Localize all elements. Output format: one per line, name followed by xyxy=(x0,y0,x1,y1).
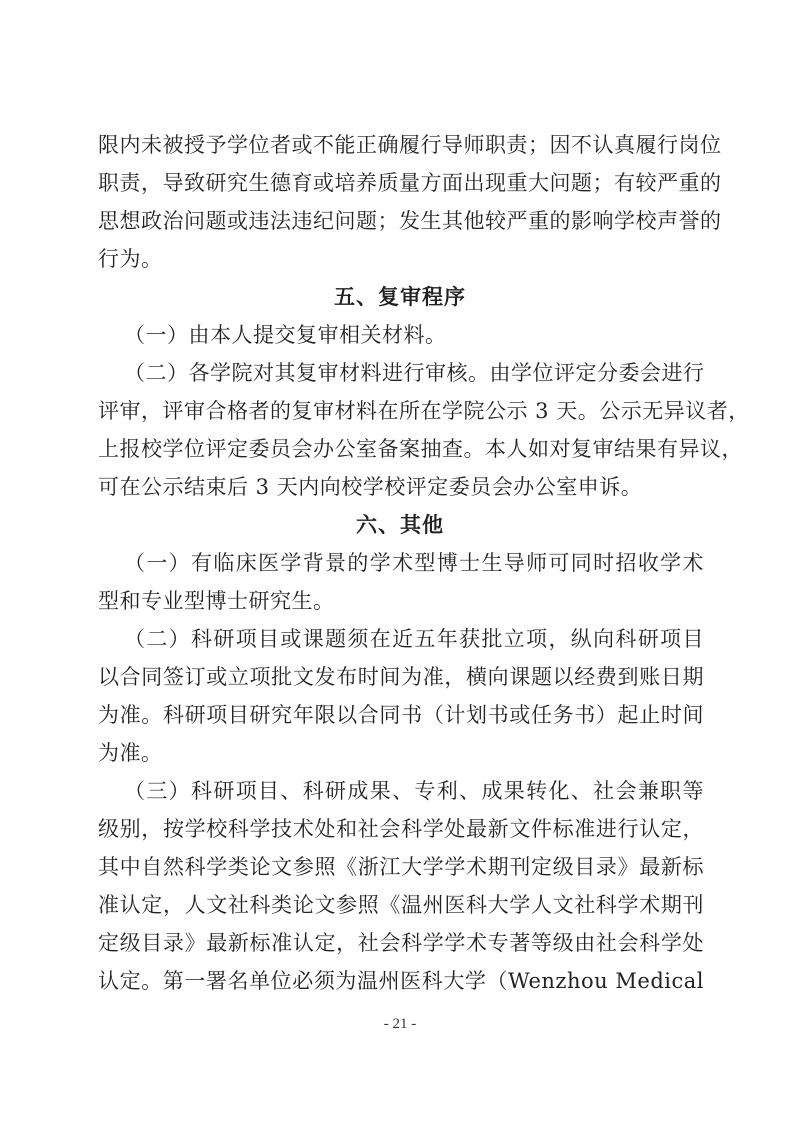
section-heading-other: 六、其他 xyxy=(0,507,800,543)
paragraph-line: （一）有临床医学背景的学术型博士生导师可同时招收学术 xyxy=(124,545,704,581)
page-number: - 21 - xyxy=(0,1016,800,1033)
paragraph-line: 为准。科研项目研究年限以合同书（计划书或任务书）起止时间 xyxy=(98,697,704,733)
paragraph-line: 以合同签订或立项批文发布时间为准，横向课题以经费到账日期 xyxy=(98,659,704,695)
paragraph-line: 定级目录》最新标准认定，社会科学学术专著等级由社会科学处 xyxy=(98,925,704,961)
paragraph-line: 限内未被授予学位者或不能正确履行导师职责；因不认真履行岗位 xyxy=(98,127,704,163)
paragraph-line: 级别，按学校科学技术处和社会科学处最新文件标准进行认定， xyxy=(98,811,704,847)
section-heading-review-procedure: 五、复审程序 xyxy=(0,279,800,315)
paragraph-line: 认定。第一署名单位必须为温州医科大学（Wenzhou Medical xyxy=(98,963,704,999)
paragraph-line: 准认定，人文社科类论文参照《温州医科大学人文社科学术期刊 xyxy=(98,887,704,923)
paragraph-line: 思想政治问题或违法违纪问题；发生其他较严重的影响学校声誉的 xyxy=(98,203,704,239)
paragraph-line: 型和专业型博士研究生。 xyxy=(98,583,704,619)
paragraph-line: （二）科研项目或课题须在近五年获批立项，纵向科研项目 xyxy=(124,621,704,657)
paragraph-line: 评审，评审合格者的复审材料在所在学院公示 3 天。公示无异议者， xyxy=(98,393,704,429)
paragraph-line: 上报校学位评定委员会办公室备案抽查。本人如对复审结果有异议， xyxy=(98,431,704,467)
paragraph-line: 职责，导致研究生德育或培养质量方面出现重大问题；有较严重的 xyxy=(98,165,704,201)
paragraph-line: （二）各学院对其复审材料进行审核。由学位评定分委会进行 xyxy=(124,355,704,391)
paragraph-line: 其中自然科学类论文参照《浙江大学学术期刊定级目录》最新标 xyxy=(98,849,704,885)
paragraph-line: 行为。 xyxy=(98,241,704,277)
paragraph-line: （一）由本人提交复审相关材料。 xyxy=(124,317,704,353)
document-page: 限内未被授予学位者或不能正确履行导师职责；因不认真履行岗位 职责，导致研究生德育… xyxy=(0,0,800,1131)
paragraph-line: 为准。 xyxy=(98,735,704,771)
paragraph-line: 可在公示结束后 3 天内向校学校评定委员会办公室申诉。 xyxy=(98,469,704,505)
paragraph-line: （三）科研项目、科研成果、专利、成果转化、社会兼职等 xyxy=(124,773,704,809)
